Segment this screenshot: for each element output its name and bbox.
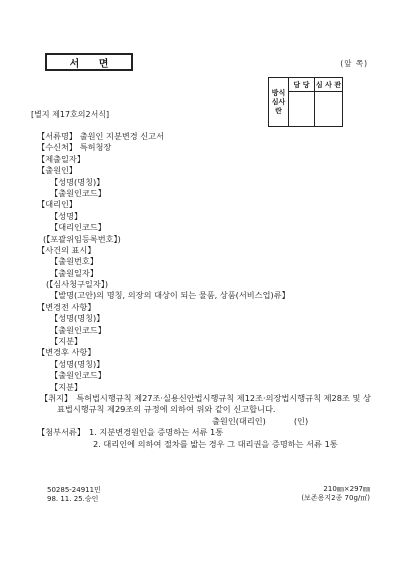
form-field-line: 【지분】 [50, 336, 382, 347]
footer-right: 210㎜×297㎜ (보존용지2종 70g/㎡) [301, 485, 370, 502]
form-field-line: 【출원인코드】 [50, 370, 382, 381]
form-field-line: 【출원인코드】 [50, 325, 382, 336]
formality-review-table: 방식심사란 담 당 심 사 관 [268, 77, 343, 127]
review-col-staff: 담 당 [289, 78, 314, 126]
review-row-label: 방식심사란 [269, 78, 289, 126]
form-field-line: 【출원인】 [37, 165, 382, 176]
review-col-staff-header: 담 당 [289, 78, 314, 92]
form-field-line: (【포괄위임등록번호】) [43, 234, 382, 245]
form-field-line: 【성명】 [50, 211, 382, 222]
form-field-line: 【지분】 [50, 382, 382, 393]
attachment-item: 2. 대리인에 의하여 절차를 밟는 경우 그 대리권을 증명하는 서류 1통 [93, 439, 338, 449]
declaration-line-2: 표법시행규칙 제29조의 규정에 의하여 위와 같이 신고합니다. [57, 404, 382, 415]
doc-code: 50285-24911민 [47, 486, 101, 495]
form-field-line: 【수신처】 특허청장 [37, 142, 382, 153]
declaration-text-1: 특허법시행규칙 제27조·실용신안법시행규칙 제12조·의장법시행규칙 제28조… [76, 393, 371, 403]
form-ref-label: [별지 제17호의2서식] [31, 109, 109, 120]
form-field-line: 【성명(명칭)】 [50, 359, 382, 370]
form-field-line: 【대리인코드】 [50, 222, 382, 233]
form-field-line: 【대리인】 [37, 199, 382, 210]
review-col-staff-cell [289, 92, 314, 126]
attachments-line-2: 2. 대리인에 의하여 절차를 밟는 경우 그 대리권을 증명하는 서류 1통 [93, 439, 382, 450]
attachments-line-1: 【첨부서류】1. 지분변경원인을 증명하는 서류 1통 [37, 427, 382, 438]
attachment-item: 1. 지분변경원인을 증명하는 서류 1통 [89, 427, 223, 437]
form-field-line: 【출원인코드】 [50, 188, 382, 199]
footer-left: 50285-24911민 98. 11. 25.승인 [47, 486, 101, 503]
approval-date: 98. 11. 25.승인 [47, 495, 101, 504]
form-field-line: 【사건의 표시】 [37, 245, 382, 256]
form-body: 【서류명】 출원인 지분변경 신고서【수신처】 특허청장【제출일자】【출원인】【… [37, 131, 382, 450]
signer-label: 출원인(대리인) [212, 416, 266, 426]
review-col-examiner: 심 사 관 [314, 78, 342, 126]
form-field-line: 【출원일자】 [50, 268, 382, 279]
page-title: 서 면 [45, 53, 133, 71]
signer-line: 출원인(대리인)(인) [37, 416, 382, 427]
paper-size: 210㎜×297㎜ [301, 485, 370, 494]
form-field-line: 【성명(명칭)】 [50, 177, 382, 188]
declaration-line-1: 【취지】특허법시행규칙 제27조·실용신안법시행규칙 제12조·의장법시행규칙 … [40, 393, 382, 404]
form-field-line: (【심사청구일자】) [46, 279, 382, 290]
paper-spec: (보존용지2종 70g/㎡) [301, 494, 370, 503]
form-field-line: 【변경후 사항】 [37, 347, 382, 358]
form-field-line: 【성명(명칭)】 [50, 313, 382, 324]
front-side-label: (앞 쪽) [340, 58, 368, 69]
declaration-label: 【취지】 [40, 393, 72, 403]
attachments-label: 【첨부서류】 [37, 427, 85, 437]
form-field-line: 【출원번호】 [50, 256, 382, 267]
seal-label: (인) [294, 416, 308, 426]
review-col-examiner-cell [315, 92, 342, 126]
form-field-line: 【서류명】 출원인 지분변경 신고서 [37, 131, 382, 142]
form-field-list: 【서류명】 출원인 지분변경 신고서【수신처】 특허청장【제출일자】【출원인】【… [37, 131, 382, 393]
form-field-line: 【제출일자】 [37, 154, 382, 165]
form-field-line: 【발명(고안)의 명칭, 의장의 대상이 되는 물품, 상품(서비스업)류】 [50, 290, 382, 301]
review-col-examiner-header: 심 사 관 [315, 78, 342, 92]
form-field-line: 【변경전 사항】 [37, 302, 382, 313]
declaration-text-2: 표법시행규칙 제29조의 규정에 의하여 위와 같이 신고합니다. [57, 404, 275, 414]
document-page: 서 면 (앞 쪽) 방식심사란 담 당 심 사 관 [별지 제17호의2서식] … [0, 0, 400, 565]
